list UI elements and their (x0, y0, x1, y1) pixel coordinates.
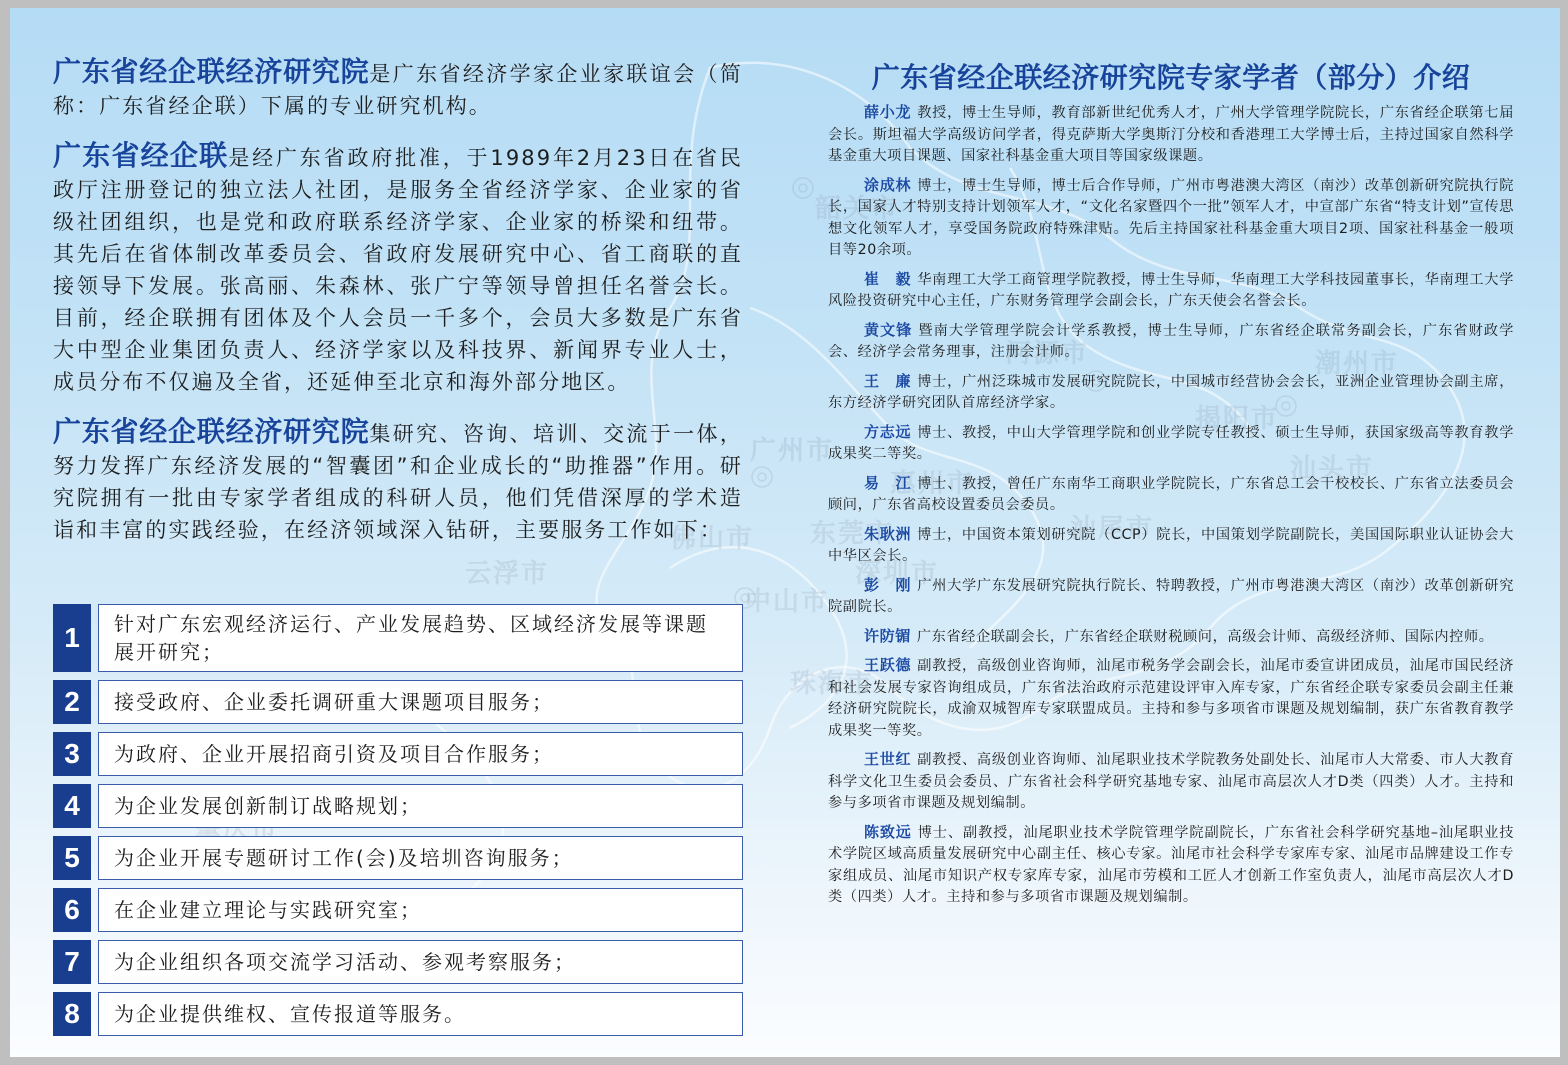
expert-entry: 易 江博士、教授，曾任广东南华工商职业学院院长，广东省总工会干校校长、广东省立法… (828, 473, 1514, 517)
watermark-city-label: 广州市 (750, 430, 834, 467)
service-number-badge: 4 (53, 784, 91, 828)
expert-name: 崔 毅 (864, 270, 911, 288)
paragraph-lead-title: 广东省经企联经济研究院 (53, 55, 369, 88)
expert-name: 朱耿洲 (864, 525, 911, 543)
expert-entry: 方志远博士、教授，中山大学管理学院和创业学院专任教授、硕士生导师，获国家级高等教… (828, 422, 1514, 466)
expert-bio: 副教授，高级创业咨询师，汕尾市税务学会副会长，汕尾市委宣讲团成员，汕尾市国民经济… (828, 658, 1514, 739)
service-number-badge: 7 (53, 940, 91, 984)
service-item: 3 为政府、企业开展招商引资及项目合作服务； (53, 732, 743, 776)
services-list: 1 针对广东宏观经济运行、产业发展趋势、区域经济发展等课题展开研究； 2 接受政… (53, 604, 743, 1044)
expert-name: 王 廉 (864, 372, 911, 390)
service-number-badge: 6 (53, 888, 91, 932)
expert-name: 王跃德 (864, 656, 911, 674)
service-item: 7 为企业组织各项交流学习活动、参观考察服务； (53, 940, 743, 984)
experts-column: 广东省经企联经济研究院专家学者（部分）介绍 薛小龙教授，博士生导师，教育部新世纪… (828, 56, 1514, 916)
expert-bio: 教授，博士生导师，教育部新世纪优秀人才，广州大学管理学院院长，广东省经企联第七届… (828, 105, 1514, 164)
service-number-badge: 2 (53, 680, 91, 724)
service-number-badge: 3 (53, 732, 91, 776)
intro-paragraph-institute: 广东省经企联经济研究院是广东省经济学家企业家联谊会（简称：广东省经企联）下属的专… (53, 56, 743, 122)
expert-bio: 副教授、高级创业咨询师、汕尾职业技术学院教务处副处长、汕尾市人大常委、市人大教育… (828, 752, 1514, 811)
service-item: 8 为企业提供维权、宣传报道等服务。 (53, 992, 743, 1036)
expert-bio: 广州大学广东发展研究院执行院长、特聘教授，广州市粤港澳大湾区（南沙）改革创新研究… (828, 578, 1514, 616)
paragraph-lead-title: 广东省经企联 (53, 139, 228, 172)
expert-entry: 王跃德副教授，高级创业咨询师，汕尾市税务学会副会长，汕尾市委宣讲团成员，汕尾市国… (828, 655, 1514, 742)
service-text: 为政府、企业开展招商引资及项目合作服务； (98, 732, 743, 776)
expert-entry: 彭 刚广州大学广东发展研究院执行院长、特聘教授，广州市粤港澳大湾区（南沙）改革创… (828, 575, 1514, 619)
service-text: 为企业组织各项交流学习活动、参观考察服务； (98, 940, 743, 984)
service-item: 4 为企业发展创新制订战略规划； (53, 784, 743, 828)
expert-name: 许防镅 (864, 627, 911, 645)
expert-bio: 广东省经企联副会长，广东省经企联财税顾问，高级会计师、高级经济师、国际内控师。 (917, 629, 1494, 645)
service-item: 1 针对广东宏观经济运行、产业发展趋势、区域经济发展等课题展开研究； (53, 604, 743, 672)
intro-paragraph-services: 广东省经企联经济研究院集研究、咨询、培训、交流于一体，努力发挥广东经济发展的“智… (53, 416, 743, 546)
paragraph-lead-title: 广东省经企联经济研究院 (53, 415, 369, 448)
service-number-badge: 1 (53, 604, 91, 672)
service-text: 为企业提供维权、宣传报道等服务。 (98, 992, 743, 1036)
expert-bio: 博士、副教授，汕尾职业技术学院管理学院副院长，广东省社会科学研究基地–汕尾职业技… (828, 825, 1514, 906)
intro-column: 广东省经企联经济研究院是广东省经济学家企业家联谊会（简称：广东省经企联）下属的专… (53, 56, 743, 564)
expert-name: 涂成林 (864, 176, 911, 194)
expert-bio: 博士，中国资本策划研究院（CCP）院长，中国策划学院副院长，美国国际职业认证协会… (828, 527, 1514, 565)
service-number-badge: 5 (53, 836, 91, 880)
service-number-badge: 8 (53, 992, 91, 1036)
intro-paragraph-association: 广东省经企联是经广东省政府批准，于1989年2月23日在省民政厅注册登记的独立法… (53, 140, 743, 398)
expert-entry: 陈致远博士、副教授，汕尾职业技术学院管理学院副院长，广东省社会科学研究基地–汕尾… (828, 822, 1514, 909)
brochure-page: 韶关市 河源市 潮州市 揭阳市 汕头市 广州市 惠州市 东莞市 深圳市 汕尾市 … (10, 8, 1560, 1057)
expert-bio: 博士，博士生导师，博士后合作导师，广州市粤港澳大湾区（南沙）改革创新研究院执行院… (828, 178, 1514, 259)
expert-name: 彭 刚 (864, 576, 911, 594)
service-item: 5 为企业开展专题研讨工作(会)及培圳咨询服务； (53, 836, 743, 880)
expert-name: 薛小龙 (864, 103, 911, 121)
service-item: 6 在企业建立理论与实践研究室； (53, 888, 743, 932)
service-text: 在企业建立理论与实践研究室； (98, 888, 743, 932)
expert-entry: 涂成林博士，博士生导师，博士后合作导师，广州市粤港澳大湾区（南沙）改革创新研究院… (828, 175, 1514, 262)
expert-bio: 暨南大学管理学院会计学系教授，博士生导师，广东省经企联常务副会长，广东省财政学会… (828, 323, 1514, 361)
expert-bio: 华南理工大学工商管理学院教授，博士生导师，华南理工大学科技园董事长，华南理工大学… (828, 272, 1514, 310)
expert-entry: 王世红副教授、高级创业咨询师、汕尾职业技术学院教务处副处长、汕尾市人大常委、市人… (828, 749, 1514, 815)
expert-name: 陈致远 (864, 823, 912, 841)
expert-entry: 朱耿洲博士，中国资本策划研究院（CCP）院长，中国策划学院副院长，美国国际职业认… (828, 524, 1514, 568)
service-text: 为企业开展专题研讨工作(会)及培圳咨询服务； (98, 836, 743, 880)
expert-entry: 王 廉博士，广州泛珠城市发展研究院院长，中国城市经营协会会长，亚洲企业管理协会副… (828, 371, 1514, 415)
expert-name: 易 江 (864, 474, 911, 492)
expert-bio: 博士，广州泛珠城市发展研究院院长，中国城市经营协会会长，亚洲企业管理协会副主席，… (828, 374, 1514, 412)
service-item: 2 接受政府、企业委托调研重大课题项目服务； (53, 680, 743, 724)
expert-entry: 薛小龙教授，博士生导师，教育部新世纪优秀人才，广州大学管理学院院长，广东省经企联… (828, 102, 1514, 168)
expert-entry: 黄文锋暨南大学管理学院会计学系教授，博士生导师，广东省经企联常务副会长，广东省财… (828, 320, 1514, 364)
paragraph-text: 是经广东省政府批准，于1989年2月23日在省民政厅注册登记的独立法人社团，是服… (53, 146, 743, 394)
expert-name: 方志远 (864, 423, 911, 441)
service-text: 接受政府、企业委托调研重大课题项目服务； (98, 680, 743, 724)
expert-bio: 博士、教授，中山大学管理学院和创业学院专任教授、硕士生导师，获国家级高等教育教学… (828, 425, 1514, 463)
expert-entry: 崔 毅华南理工大学工商管理学院教授，博士生导师，华南理工大学科技园董事长，华南理… (828, 269, 1514, 313)
expert-entry: 许防镅广东省经企联副会长，广东省经企联财税顾问，高级会计师、高级经济师、国际内控… (828, 626, 1514, 649)
experts-section-title: 广东省经企联经济研究院专家学者（部分）介绍 (828, 56, 1514, 96)
expert-bio: 博士、教授，曾任广东南华工商职业学院院长，广东省总工会干校校长、广东省立法委员会… (828, 476, 1514, 514)
expert-name: 黄文锋 (864, 321, 912, 339)
service-text: 为企业发展创新制订战略规划； (98, 784, 743, 828)
service-text: 针对广东宏观经济运行、产业发展趋势、区域经济发展等课题展开研究； (98, 604, 743, 672)
watermark-city-label: 中山市 (745, 581, 829, 618)
expert-name: 王世红 (864, 750, 911, 768)
